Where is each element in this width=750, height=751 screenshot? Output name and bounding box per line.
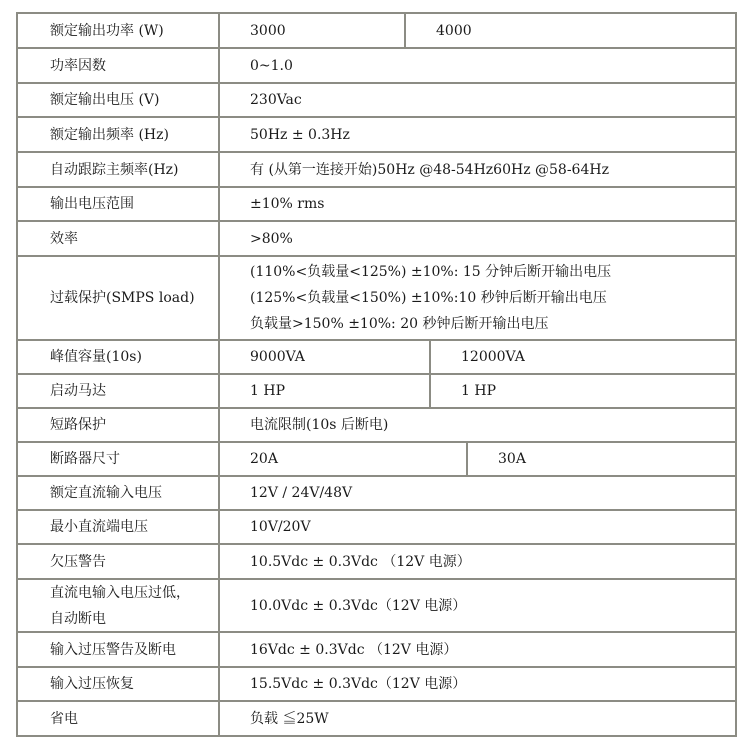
label-line-2: 自动断电 bbox=[50, 606, 106, 632]
label-short-circuit-protection: 短路保护 bbox=[18, 409, 220, 441]
label-rated-dc-input-voltage: 额定直流输入电压 bbox=[18, 477, 220, 509]
value-input-overvoltage-recovery: 15.5Vdc ± 0.3Vdc（12V 电源） bbox=[220, 668, 466, 700]
value-rated-output-frequency: 50Hz ± 0.3Hz bbox=[220, 118, 350, 151]
value-peak-capacity-3000: 9000VA bbox=[220, 341, 431, 373]
value-group: 有 (从第一连接开始)50Hz @48-54Hz60Hz @58-64Hz bbox=[220, 153, 735, 186]
row-input-overvoltage-warning: 输入过压警告及断电 16Vdc ± 0.3Vdc （12V 电源） bbox=[18, 633, 735, 668]
row-input-overvoltage-recovery: 输入过压恢复 15.5Vdc ± 0.3Vdc（12V 电源） bbox=[18, 668, 735, 702]
value-3000w: 3000 bbox=[220, 14, 406, 47]
value-group: 0~1.0 bbox=[220, 49, 735, 82]
value-min-dc-voltage: 10V/20V bbox=[220, 511, 311, 543]
value-rated-dc-input-voltage: 12V / 24V/48V bbox=[220, 477, 352, 509]
overload-line-1: (110%<负载量<125%) ±10%: 15 分钟后断开输出电压 bbox=[250, 259, 611, 285]
label-rated-output-power: 额定输出功率 (W) bbox=[18, 14, 220, 47]
value-group: 50Hz ± 0.3Hz bbox=[220, 118, 735, 151]
label-line-1: 直流电输入电压过低， bbox=[50, 580, 190, 606]
value-low-dc-cutoff: 10.0Vdc ± 0.3Vdc（12V 电源） bbox=[220, 580, 466, 631]
value-efficiency: >80% bbox=[220, 222, 293, 255]
label-min-dc-voltage: 最小直流端电压 bbox=[18, 511, 220, 543]
value-power-saving: 负载 ≦25W bbox=[220, 702, 329, 735]
row-short-circuit-protection: 短路保护 电流限制(10s 后断电) bbox=[18, 409, 735, 443]
value-group: 10.0Vdc ± 0.3Vdc（12V 电源） bbox=[220, 580, 735, 631]
label-starting-motor: 启动马达 bbox=[18, 375, 220, 407]
value-group: (110%<负载量<125%) ±10%: 15 分钟后断开输出电压 (125%… bbox=[220, 257, 735, 339]
label-undervoltage-warning: 欠压警告 bbox=[18, 545, 220, 578]
overload-line-3: 负载量>150% ±10%: 20 秒钟后断开输出电压 bbox=[250, 311, 548, 337]
label-rated-output-voltage: 额定输出电压 (V) bbox=[18, 84, 220, 116]
row-output-voltage-range: 输出电压范围 ±10% rms bbox=[18, 188, 735, 222]
value-group: 20A 30A bbox=[220, 443, 735, 475]
label-overload-protection: 过载保护(SMPS load) bbox=[18, 257, 220, 339]
row-power-saving: 省电 负载 ≦25W bbox=[18, 702, 735, 737]
value-auto-tracking-frequency: 有 (从第一连接开始)50Hz @48-54Hz60Hz @58-64Hz bbox=[220, 153, 609, 186]
label-peak-capacity: 峰值容量(10s) bbox=[18, 341, 220, 373]
value-short-circuit-protection: 电流限制(10s 后断电) bbox=[220, 409, 388, 441]
value-4000w: 4000 bbox=[406, 14, 735, 47]
value-undervoltage-warning: 10.5Vdc ± 0.3Vdc （12V 电源） bbox=[220, 545, 471, 578]
value-overload-protection: (110%<负载量<125%) ±10%: 15 分钟后断开输出电压 (125%… bbox=[220, 257, 611, 339]
value-group: ±10% rms bbox=[220, 188, 735, 220]
value-input-overvoltage-warning: 16Vdc ± 0.3Vdc （12V 电源） bbox=[220, 633, 457, 666]
label-breaker-size: 断路器尺寸 bbox=[18, 443, 220, 475]
row-starting-motor: 启动马达 1 HP 1 HP bbox=[18, 375, 735, 409]
row-peak-capacity: 峰值容量(10s) 9000VA 12000VA bbox=[18, 341, 735, 375]
label-rated-output-frequency: 额定输出频率 (Hz) bbox=[18, 118, 220, 151]
value-group: >80% bbox=[220, 222, 735, 255]
label-output-voltage-range: 输出电压范围 bbox=[18, 188, 220, 220]
row-rated-output-frequency: 额定输出频率 (Hz) 50Hz ± 0.3Hz bbox=[18, 118, 735, 153]
label-power-factor: 功率因数 bbox=[18, 49, 220, 82]
row-breaker-size: 断路器尺寸 20A 30A bbox=[18, 443, 735, 477]
value-group: 3000 4000 bbox=[220, 14, 735, 47]
value-group: 10V/20V bbox=[220, 511, 735, 543]
row-power-factor: 功率因数 0~1.0 bbox=[18, 49, 735, 84]
value-output-voltage-range: ±10% rms bbox=[220, 188, 324, 220]
row-low-dc-cutoff: 直流电输入电压过低， 自动断电 10.0Vdc ± 0.3Vdc（12V 电源） bbox=[18, 580, 735, 633]
label-auto-tracking-frequency: 自动跟踪主频率(Hz) bbox=[18, 153, 220, 186]
value-group: 15.5Vdc ± 0.3Vdc（12V 电源） bbox=[220, 668, 735, 700]
value-group: 负载 ≦25W bbox=[220, 702, 735, 735]
value-group: 16Vdc ± 0.3Vdc （12V 电源） bbox=[220, 633, 735, 666]
value-group: 12V / 24V/48V bbox=[220, 477, 735, 509]
row-min-dc-voltage: 最小直流端电压 10V/20V bbox=[18, 511, 735, 545]
spec-table: 额定输出功率 (W) 3000 4000 功率因数 0~1.0 额定输出电压 (… bbox=[16, 12, 737, 737]
value-rated-output-voltage: 230Vac bbox=[220, 84, 302, 116]
label-efficiency: 效率 bbox=[18, 222, 220, 255]
value-peak-capacity-4000: 12000VA bbox=[431, 341, 735, 373]
value-group: 电流限制(10s 后断电) bbox=[220, 409, 735, 441]
row-rated-output-voltage: 额定输出电压 (V) 230Vac bbox=[18, 84, 735, 118]
label-low-dc-cutoff: 直流电输入电压过低， 自动断电 bbox=[18, 580, 220, 631]
overload-line-2: (125%<负载量<150%) ±10%:10 秒钟后断开输出电压 bbox=[250, 285, 607, 311]
value-group: 230Vac bbox=[220, 84, 735, 116]
value-breaker-size-4000: 30A bbox=[468, 443, 735, 475]
value-group: 1 HP 1 HP bbox=[220, 375, 735, 407]
value-group: 9000VA 12000VA bbox=[220, 341, 735, 373]
label-power-saving: 省电 bbox=[18, 702, 220, 735]
row-overload-protection: 过载保护(SMPS load) (110%<负载量<125%) ±10%: 15… bbox=[18, 257, 735, 341]
label-input-overvoltage-recovery: 输入过压恢复 bbox=[18, 668, 220, 700]
row-auto-tracking-frequency: 自动跟踪主频率(Hz) 有 (从第一连接开始)50Hz @48-54Hz60Hz… bbox=[18, 153, 735, 188]
value-breaker-size-3000: 20A bbox=[220, 443, 468, 475]
label-input-overvoltage-warning: 输入过压警告及断电 bbox=[18, 633, 220, 666]
row-undervoltage-warning: 欠压警告 10.5Vdc ± 0.3Vdc （12V 电源） bbox=[18, 545, 735, 580]
row-efficiency: 效率 >80% bbox=[18, 222, 735, 257]
row-rated-output-power: 额定输出功率 (W) 3000 4000 bbox=[18, 14, 735, 49]
value-starting-motor-4000: 1 HP bbox=[431, 375, 735, 407]
value-group: 10.5Vdc ± 0.3Vdc （12V 电源） bbox=[220, 545, 735, 578]
row-rated-dc-input-voltage: 额定直流输入电压 12V / 24V/48V bbox=[18, 477, 735, 511]
value-starting-motor-3000: 1 HP bbox=[220, 375, 431, 407]
value-power-factor: 0~1.0 bbox=[220, 49, 293, 82]
